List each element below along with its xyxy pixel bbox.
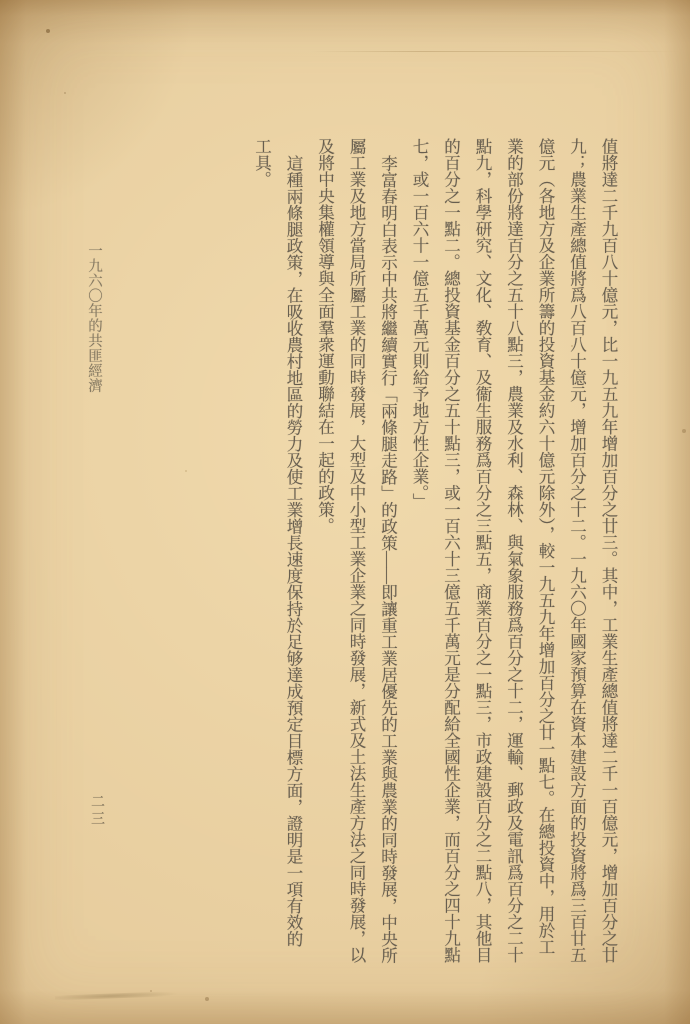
text-column: 九；農業生產總值將爲八百八十億元，增加百分之十二。一九六〇年國家預算在資本建設方…	[561, 138, 593, 986]
text-column: 點九，科學研究、文化、敎育、及衞生服務爲百分之三點五，商業百分之一點三，市政建設…	[467, 138, 499, 986]
text-column: 業的部份將達百分之五十八點三，農業及水利、森林、與氣象服務爲百分之十二，運輸、郵…	[498, 138, 530, 986]
page-number: 二三	[86, 794, 106, 828]
text-column: 值將達二千九百八十億元，比一九五九年增加百分之廿三。其中，工業生產總值將達二千一…	[593, 138, 625, 986]
scanned-document-page: 值將達二千九百八十億元，比一九五九年增加百分之廿三。其中，工業生產總值將達二千一…	[0, 0, 690, 1024]
text-column: 的百分之一點二。總投資基金百分之五十點三，或一百六十三億五千萬元是分配給全國性企…	[435, 138, 467, 986]
paper-crease	[310, 51, 680, 52]
text-column: 億元（各地方及企業所籌的投資基金約六十億元除外），較一九五九年增加百分之廿一點七…	[530, 138, 562, 986]
margin-book-title: 一九六〇年的共匪經濟	[84, 243, 105, 393]
pencil-smudge	[55, 991, 195, 1001]
body-text-block: 值將達二千九百八十億元，比一九五九年增加百分之廿三。其中，工業生產總值將達二千一…	[246, 138, 624, 986]
paper-foxing-specks	[0, 0, 2, 2]
text-column: 屬工業及地方當局所屬工業的同時發展，大型及中小型工業企業之同時發展，新式及土法生…	[341, 138, 373, 986]
text-column-paragraph-start: 這種兩條腿政策，在吸收農村地區的勞力及使工業增長速度保持於足够達成預定目標方面，…	[278, 138, 310, 986]
text-column-paragraph-start: 李富春明白表示中共將繼續實行「兩條腿走路」的政策——即讓重工業居優先的工業與農業…	[372, 138, 404, 986]
text-column: 及將中央集權領導與全面羣衆運動聯結在一起的政策。	[309, 138, 341, 986]
text-column: 七，或一百六十一億五千萬元則給予地方性企業。」	[404, 138, 436, 986]
text-column: 工具。	[246, 138, 278, 986]
